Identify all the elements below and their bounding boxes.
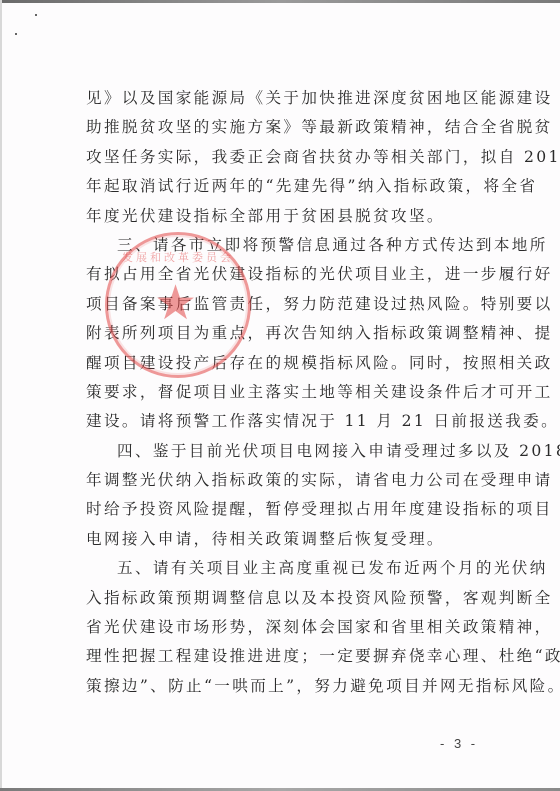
text-line: 年度光伏建设指标全部用于贫困县脱贫攻坚。 xyxy=(86,202,478,231)
text-line: 建设。请将预警工作落实情况于 11 月 21 日前报送我委。 xyxy=(86,407,478,436)
text-line: 策擦边”、防止“一哄而上”，努力避免项目并网无指标风险。 xyxy=(86,672,478,701)
paragraph-five-start: 五、请有关项目业主高度重视已发布近两个月的光伏纳 xyxy=(86,554,478,583)
text-line: 策要求，督促项目业主落实土地等相关建设条件后才可开工 xyxy=(86,378,478,407)
text-line: 醒项目建设投产后存在的规模指标风险。同时，按照相关政 xyxy=(86,349,478,378)
scan-top-edge xyxy=(0,0,560,3)
text-line: 项目备案事后监管责任，努力防范建设过热风险。特别要以 xyxy=(86,290,478,319)
text-line: 附表所列项目为重点，再次告知纳入指标政策调整精神、提 xyxy=(86,319,478,348)
text-line: 电网接入申请，待相关政策调整后恢复受理。 xyxy=(86,525,478,554)
text-line: 年起取消试行近两年的“先建先得”纳入指标政策，将全省 xyxy=(86,172,478,201)
text-line: 年调整光伏纳入指标政策的实际，请省电力公司在受理申请 xyxy=(86,466,478,495)
scan-left-edge xyxy=(0,0,2,791)
text-line: 有拟占用全省光伏建设指标的光伏项目业主，进一步履行好 xyxy=(86,260,478,289)
scan-speck xyxy=(15,33,17,35)
page-number: - 3 - xyxy=(440,736,478,751)
text-line: 助推脱贫攻坚的实施方案》等最新政策精神，结合全省脱贫 xyxy=(86,113,478,142)
text-line: 见》以及国家能源局《关于加快推进深度贫困地区能源建设 xyxy=(86,84,478,113)
text-line: 入指标政策预期调整信息以及本投资风险预警，客观判断全 xyxy=(86,584,478,613)
document-body: 见》以及国家能源局《关于加快推进深度贫困地区能源建设 助推脱贫攻坚的实施方案》等… xyxy=(86,84,478,701)
text-line: 时给予投资风险提醒，暂停受理拟占用年度建设指标的项目 xyxy=(86,495,478,524)
paragraph-three-start: 三、请各市立即将预警信息通过各种方式传达到本地所 xyxy=(86,231,478,260)
text-line: 理性把握工程建设推进进度；一定要摒弃侥幸心理、杜绝“政 xyxy=(86,642,478,671)
text-line: 省光伏建设市场形势，深刻体会国家和省里相关政策精神， xyxy=(86,613,478,642)
scan-speck xyxy=(35,14,37,16)
text-line: 攻坚任务实际，我委正会商省扶贫办等相关部门，拟自 2018 xyxy=(86,143,478,172)
paragraph-four-start: 四、鉴于目前光伏项目电网接入申请受理过多以及 2018 xyxy=(86,437,478,466)
